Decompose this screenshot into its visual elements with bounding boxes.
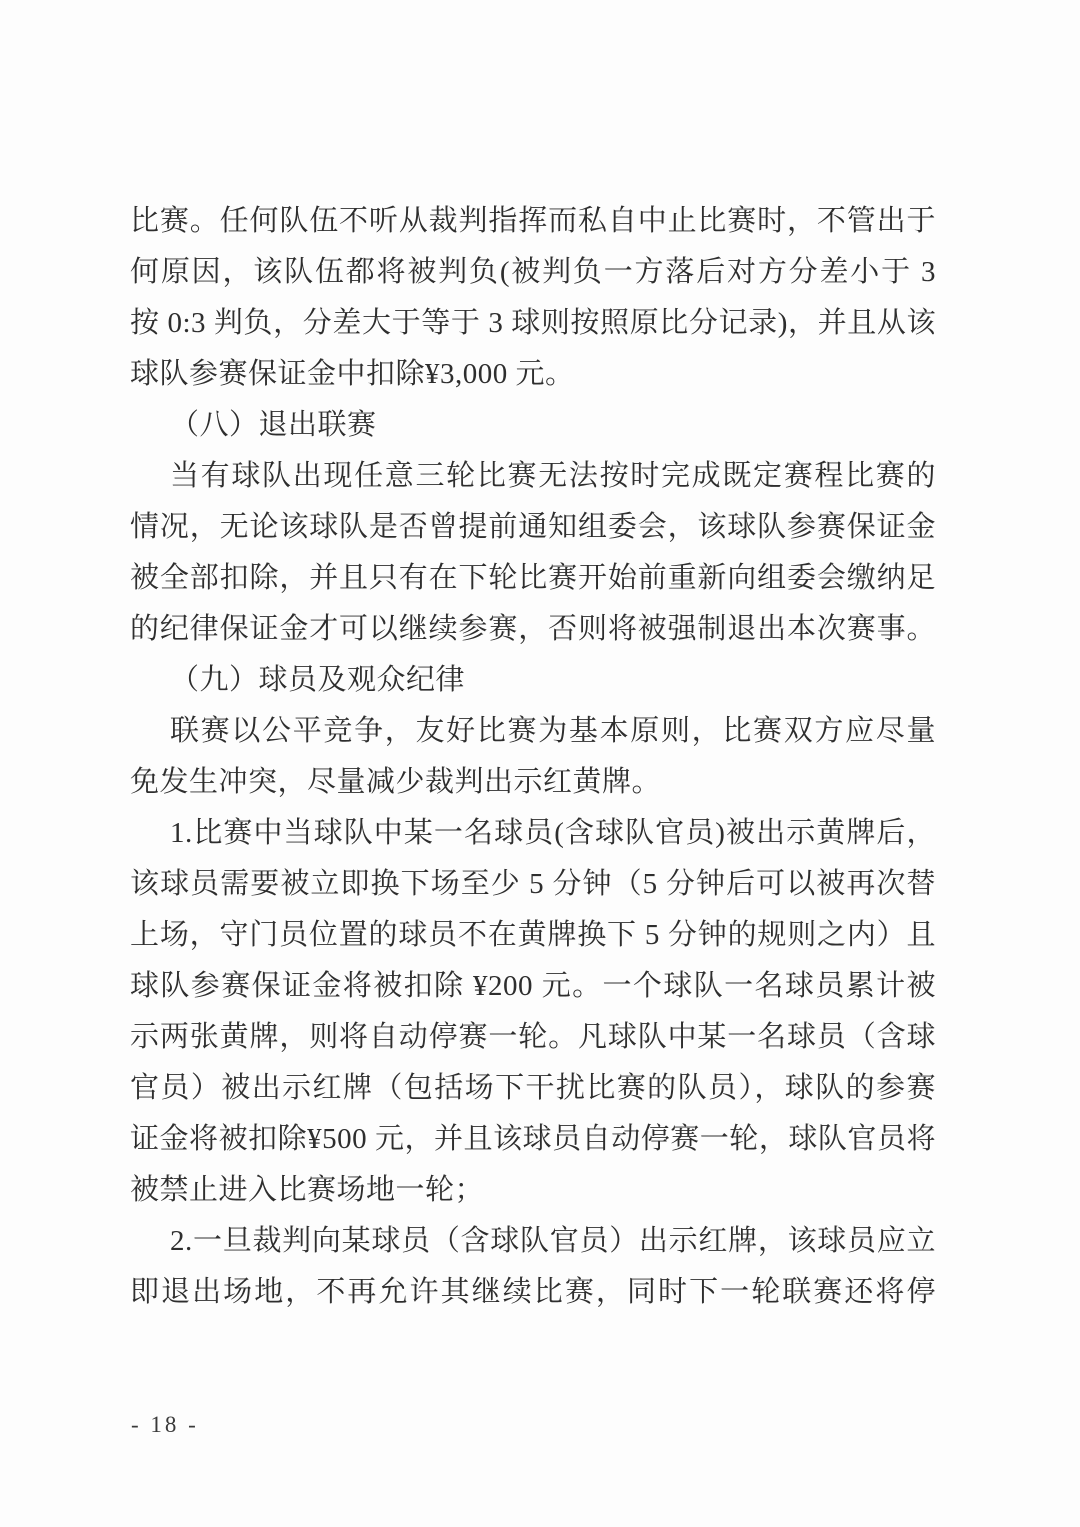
doc-line: 的纪律保证金才可以继续参赛，否则将被强制退出本次赛事。 (130, 604, 936, 655)
doc-line: 示两张黄牌，则将自动停赛一轮。凡球队中某一名球员（含球队 (130, 1012, 936, 1063)
doc-line: 1.比赛中当球队中某一名球员(含球队官员)被出示黄牌后， (130, 808, 936, 859)
doc-line: 比赛。任何队伍不听从裁判指挥而私自中止比赛时，不管出于任 (130, 196, 936, 247)
doc-line: 当有球队出现任意三轮比赛无法按时完成既定赛程比赛的 (130, 451, 936, 502)
document-body: 比赛。任何队伍不听从裁判指挥而私自中止比赛时，不管出于任 何原因，该队伍都将被判… (130, 196, 936, 1318)
doc-line: 何原因，该队伍都将被判负(被判负一方落后对方分差小于 3 球 (130, 247, 936, 298)
doc-line: 免发生冲突，尽量减少裁判出示红黄牌。 (130, 757, 936, 808)
doc-line: 情况，无论该球队是否曾提前通知组委会，该球队参赛保证金将 (130, 502, 936, 553)
doc-line: 球队参赛保证金中扣除¥3,000 元。 (130, 349, 936, 400)
document-page: 比赛。任何队伍不听从裁判指挥而私自中止比赛时，不管出于任 何原因，该队伍都将被判… (0, 0, 1080, 1527)
doc-line: 证金将被扣除¥500 元，并且该球员自动停赛一轮，球队官员将 (130, 1114, 936, 1165)
doc-line: 上场，守门员位置的球员不在黄牌换下 5 分钟的规则之内）且该 (130, 910, 936, 961)
doc-line: 被全部扣除，并且只有在下轮比赛开始前重新向组委会缴纳足额 (130, 553, 936, 604)
section-heading: （八）退出联赛 (130, 400, 936, 451)
doc-line: 按 0:3 判负，分差大于等于 3 球则按照原比分记录)，并且从该 (130, 298, 936, 349)
doc-line: 即退出场地，不再允许其继续比赛，同时下一轮联赛还将停赛。 (130, 1267, 936, 1318)
doc-line: 球队参赛保证金将被扣除 ¥200 元。一个球队一名球员累计被出 (130, 961, 936, 1012)
page-number: - 18 - (131, 1412, 199, 1438)
section-heading: （九）球员及观众纪律 (130, 655, 936, 706)
doc-line: 官员）被出示红牌（包括场下干扰比赛的队员），球队的参赛保 (130, 1063, 936, 1114)
doc-line: 2.一旦裁判向某球员（含球队官员）出示红牌，该球员应立 (130, 1216, 936, 1267)
doc-line: 被禁止进入比赛场地一轮； (130, 1165, 936, 1216)
doc-line: 该球员需要被立即换下场至少 5 分钟（5 分钟后可以被再次替换 (130, 859, 936, 910)
doc-line: 联赛以公平竞争，友好比赛为基本原则，比赛双方应尽量避 (130, 706, 936, 757)
